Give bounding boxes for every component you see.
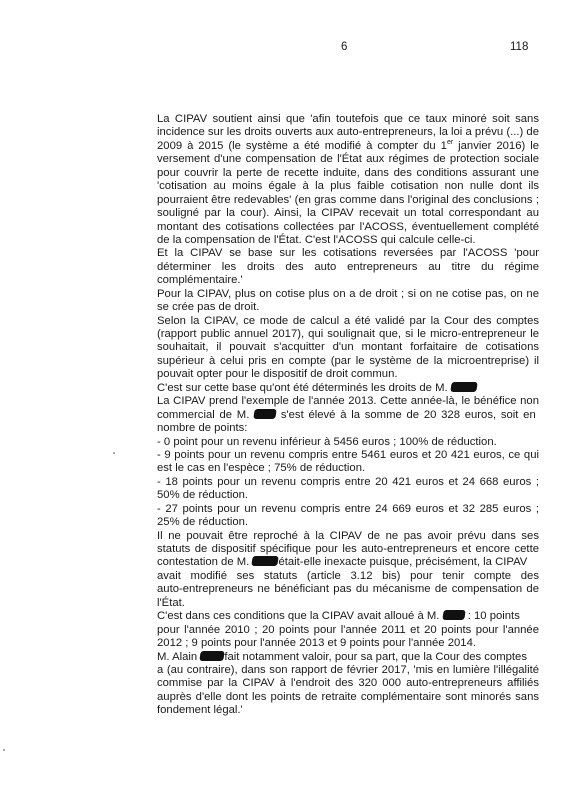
text-line: supérieur à celui pris en compte (par le…: [157, 355, 539, 368]
text-line: C'est dans ces conditions que la CIPAV a…: [157, 610, 539, 623]
text-line: commercial de M. s'est élevé à la somme …: [157, 409, 539, 422]
document-body: La CIPAV soutient ainsi que 'afin toutef…: [157, 113, 539, 718]
text-line: - 18 points pour un revenu compris entre…: [157, 476, 539, 489]
text-line: fondement légal.': [157, 704, 539, 717]
text-line: complémentaire.': [157, 274, 539, 287]
redaction-mark: [450, 382, 477, 392]
text-line: La CIPAV soutient ainsi que 'afin toutef…: [157, 113, 539, 126]
text-line: nombre de points:: [157, 422, 539, 435]
page-number-left: 6: [341, 41, 347, 53]
text-line: pour l'année 2010 ; 20 points pour l'ann…: [157, 624, 539, 637]
text-line: auprès d'elle dont les points de retrait…: [157, 691, 539, 704]
text-line: - 27 points pour un revenu compris entre…: [157, 503, 539, 516]
redaction-mark: [200, 651, 225, 661]
text-line: avait modifié ses statuts (article 3.12 …: [157, 570, 539, 583]
text-line: M. Alain fait notamment valoir, pour sa …: [157, 651, 539, 664]
text-line: - 9 points pour un revenu compris entre …: [157, 449, 539, 462]
text-line: - 0 point pour un revenu inférieur à 545…: [157, 436, 539, 449]
scan-speck: [113, 452, 115, 454]
text-line: contestation de M. était-elle inexacte p…: [157, 556, 539, 569]
text-line: C'est sur cette base qu'ont été détermin…: [157, 382, 539, 395]
text-line: statuts de dispositif spécifique pour le…: [157, 543, 539, 556]
text-line: 2009 à 2015 (le système a été modifié à …: [157, 140, 539, 153]
redaction-mark: [442, 610, 465, 620]
text-line: commise par la CIPAV à l'endroit des 320…: [157, 677, 539, 690]
text-line: pouvait opter pour le dispositif de droi…: [157, 368, 539, 381]
page-number-right: 118: [510, 41, 528, 53]
text-line: souhaitait, il pouvait s'acquitter d'un …: [157, 341, 539, 354]
text-line: 50% de réduction.: [157, 489, 539, 502]
redaction-mark: [253, 409, 276, 419]
text-line: Pour la CIPAV, plus on cotise plus on a …: [157, 288, 539, 301]
text-line: incidence sur les droits ouverts aux aut…: [157, 126, 539, 139]
redaction-mark: [252, 556, 279, 566]
text-line: est le cas en l'espèce ; 75% de réductio…: [157, 462, 539, 475]
text-line: 'cotisation au moins égale à la plus fai…: [157, 180, 539, 193]
text-line: Il ne pouvait être reproché à la CIPAV d…: [157, 530, 539, 543]
text-line: a (au contraire), dans son rapport de fé…: [157, 664, 539, 677]
text-line: versement d'une compensation de l'État a…: [157, 153, 539, 166]
text-line: pourraient être redevables' (en gras com…: [157, 194, 539, 207]
text-line: montant des cotisations collectées par l…: [157, 221, 539, 234]
text-line: La CIPAV prend l'exemple de l'année 2013…: [157, 395, 539, 408]
text-line: de la compensation de l'État. C'est l'AC…: [157, 234, 539, 247]
text-line: Et la CIPAV se base sur les cotisations …: [157, 247, 539, 260]
scan-speck: [3, 749, 5, 751]
text-line: (rapport public annuel 2017), qui soulig…: [157, 328, 539, 341]
text-line: déterminer les droits des auto entrepren…: [157, 261, 539, 274]
text-line: Selon la CIPAV, ce mode de calcul a été …: [157, 315, 539, 328]
text-line: souligné par la cour). Ainsi, la CIPAV r…: [157, 207, 539, 220]
text-line: 25% de réduction.: [157, 516, 539, 529]
text-line: 2012 ; 9 points pour l'année 2013 et 9 p…: [157, 637, 539, 650]
text-line: l'État.: [157, 597, 539, 610]
text-line: auto-entrepreneurs ne bénéficiant pas du…: [157, 583, 539, 596]
text-line: se crée pas de droit.: [157, 301, 539, 314]
text-line: pour couvrir la perte de recette induite…: [157, 167, 539, 180]
